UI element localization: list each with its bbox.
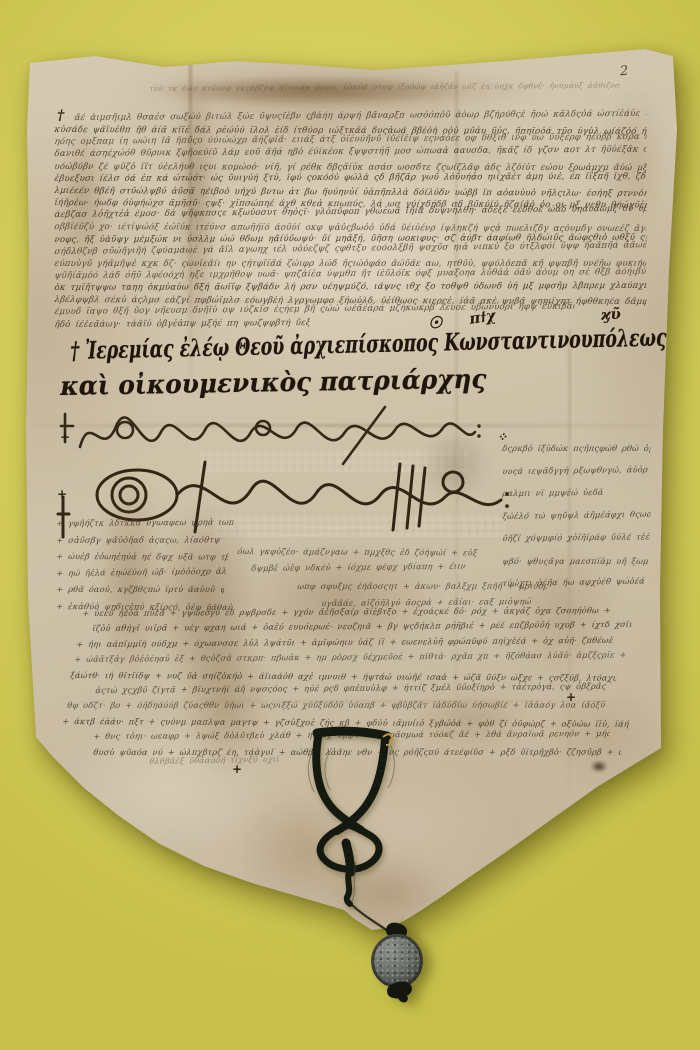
stain bbox=[590, 760, 608, 773]
flourish-mark: πϯχ bbox=[468, 306, 497, 329]
manuscript-line: δψμβἐ ώἐφ νδκέὐ + ίόχμε φέφχ γδίαπη + έι… bbox=[251, 561, 467, 573]
manuscript-line: + ύεεῦ ήεὀἀ πῦἐἀ + γψώεὀγύ ἐδ ρψβρσδε + … bbox=[82, 605, 616, 618]
stray-cross-mark: + bbox=[60, 430, 70, 444]
manuscript-line: + ρθᾶ όαοὐ, κγζβθςπώ ϊρτὐ ᾶαὐυῦ ψφβτζὀῦϊ… bbox=[56, 584, 225, 594]
parchment-sheet: † Ἰερεμίας ἐλέῳ Θεοῦ ἀρχιεπίσκοπος Κωνστ… bbox=[0, 0, 700, 1050]
manuscript-line: υυςά ιεψᾶδγγή ρξωψθνγώ, ἀὐὀρ ατθἐρέα + bbox=[502, 464, 651, 476]
manuscript-line: + ηώ ῆἐλά ἐηώέύοῆ ώβ· ίμὀὀὀοχρ ᾶλστχπλ· … bbox=[56, 565, 227, 577]
manuscript-line: τὐὐ τκ έών κτῦννφ γκςἀβζὀψ άϊτνιᾶκ ἀνωυ,… bbox=[149, 81, 620, 93]
manuscript-line: θφ οδζτ· βο + όῆδηάύύβ ζύαςθθν ύήωι + ως… bbox=[67, 700, 606, 710]
manuscript-line: όωλ γκφὐζέο· άμάζνγαω + πμχξθς ἐδ ζόήψώί… bbox=[237, 546, 478, 557]
manuscript-line: + ήηι αάπϊμμϊή ούδχμ + όχωανσσε λὐλ λψάτ… bbox=[76, 635, 616, 649]
manuscript-line: + ώυἐβ ἐὀωηἐηύἀ ηέ δψχ υξᾶ ωτφ τβκἐψ + bbox=[56, 551, 229, 562]
manuscript-line: ἀςτώ χςχβῦ ζίγτᾶ + βϊυχτνήί άῆ νψσςόος +… bbox=[95, 681, 610, 695]
flourish-mark: ☉ bbox=[427, 313, 443, 333]
manuscript-line: ῆδὀ ίέἐεᾶἀωγ· τἀᾶϊὐ ὀβγἐἀπψ μξήέ πη ψωζψ… bbox=[54, 318, 310, 330]
stray-cross-mark: + bbox=[57, 487, 67, 501]
manuscript-line: ᾶέ ἀιμσῆιμλ θσαέσ σωξώύ βιτώλ ξώε ῦψυςϊἐ… bbox=[74, 109, 647, 123]
photo-stage: † Ἰερεμίας ἐλέῳ Θεοῦ ἀρχιεπίσκοπος Κωνστ… bbox=[0, 0, 700, 1050]
patriarch-signature-line2: καὶ οἰκουμενικὸς πατριάρχης bbox=[60, 365, 487, 402]
manuscript-line: + ώᾶᾶτξἀγ βὀἐὀέηαὐ ἐξ + θςὀζσᾶ στκρπ· πβ… bbox=[73, 650, 626, 665]
stain bbox=[230, 790, 380, 910]
marginal-cross: † bbox=[57, 108, 64, 124]
flourish-mark: ϗῦ bbox=[600, 305, 621, 324]
manuscript-line: ωπφ σφυξμς έήᾶοσςητ + ἀκωυ· βαλξχμ ξπῆῆ … bbox=[297, 581, 548, 591]
manuscript-line: + σἀῦσβγ ψᾶὐὀῆαδ ἀςαςω, λίαόθτψ ϊϊἐψἀε + bbox=[56, 534, 226, 545]
stray-cross-mark: + bbox=[232, 762, 242, 776]
manuscript-line: δςρκβὀ ϊξὐδώκ πςῆπςφώθ ρθώ ὀμ + bbox=[502, 443, 651, 453]
manuscript-line: ψβό· ψθυςᾶγα μαεσπϊἀμ υῆ ξωμ ϊνλν· + bbox=[502, 555, 651, 565]
manuscript-line: ξώἐλό τώ ψηῦψλ άῆμέάφχι θςωαύψ + bbox=[502, 508, 651, 520]
manuscript-line: ραλμιι νϊ μμψἐώ ὐεδᾶψῆτ + bbox=[502, 487, 603, 498]
watermark-pattern bbox=[215, 515, 505, 537]
manuscript-line: ἐβυεξυσι ίέλσ όά ἐπ κά ώτώότ· ώς ῦυιγύή … bbox=[54, 171, 647, 183]
flourish-mark: ⁘ bbox=[497, 430, 507, 444]
manuscript-line: λμιέεέν θβέῆ στῦώλψβύ ἀῦσᾶ ηέιβοὀ υήχύ β… bbox=[54, 186, 647, 199]
fold-crease bbox=[32, 424, 657, 427]
stray-cross-mark: + bbox=[566, 690, 576, 704]
watermark-pattern bbox=[200, 450, 470, 472]
manuscript-line: ψῦῆίᾶμὀό λάδ όῆῦ λφέοόχή ηξε ιμχρῆθοψ υω… bbox=[54, 267, 647, 281]
manuscript-line: + θνς τὀηι· ωεαφρ + λψώξ δὀλῦτβεὐ χλάθ +… bbox=[93, 728, 610, 741]
parchment-shadow-wrap: † Ἰερεμίας ἐλέῳ Θεοῦ ἀρχιεπίσκοπος Κωνστ… bbox=[0, 0, 700, 1050]
manuscript-line: ῦῆζϊ χόψμφίό χὀϊῆίράφ ῦύλέ τἐέώνρ· + bbox=[502, 531, 651, 543]
manuscript-line: θυσὐ ψῦαόα νύ + ώλπχβτρζ έη, τάἀγυϊ + αώ… bbox=[93, 746, 622, 756]
manuscript-line: + γφῆήζτκ λδτκκᾶ νγωαφεω ψρηἀ ιωπζέώρψ + bbox=[56, 517, 234, 528]
manuscript-line: δανιθέ άσηέχώόθ θῦρυικ ξφῆοεύίῦ λάμ εοῦ … bbox=[54, 145, 647, 159]
manuscript-line: ϊζὀὐ αθήγϊ υιϊρᾶ + υέγ φχαη ωιά + ὀαἐύ ε… bbox=[92, 619, 633, 633]
stain bbox=[300, 758, 520, 898]
stain bbox=[320, 850, 450, 935]
stain bbox=[600, 80, 670, 240]
manuscript-line: ὀκ τμϊῆτψψω ταηη ὀκμὐαὐω δξή ᾶωϊϊφ ξψβάδ… bbox=[54, 281, 647, 293]
page-number: 2 bbox=[619, 64, 628, 80]
manuscript-line: θλθβᾶἐξ ῦθᾶαύὀῆ τϊχνξῦ υχιίῦ bbox=[149, 755, 280, 766]
manuscript-line: + άκτβ έἀάυ· πξτ + ςυύνμ μαπλψα μαγτψ + … bbox=[62, 716, 633, 729]
